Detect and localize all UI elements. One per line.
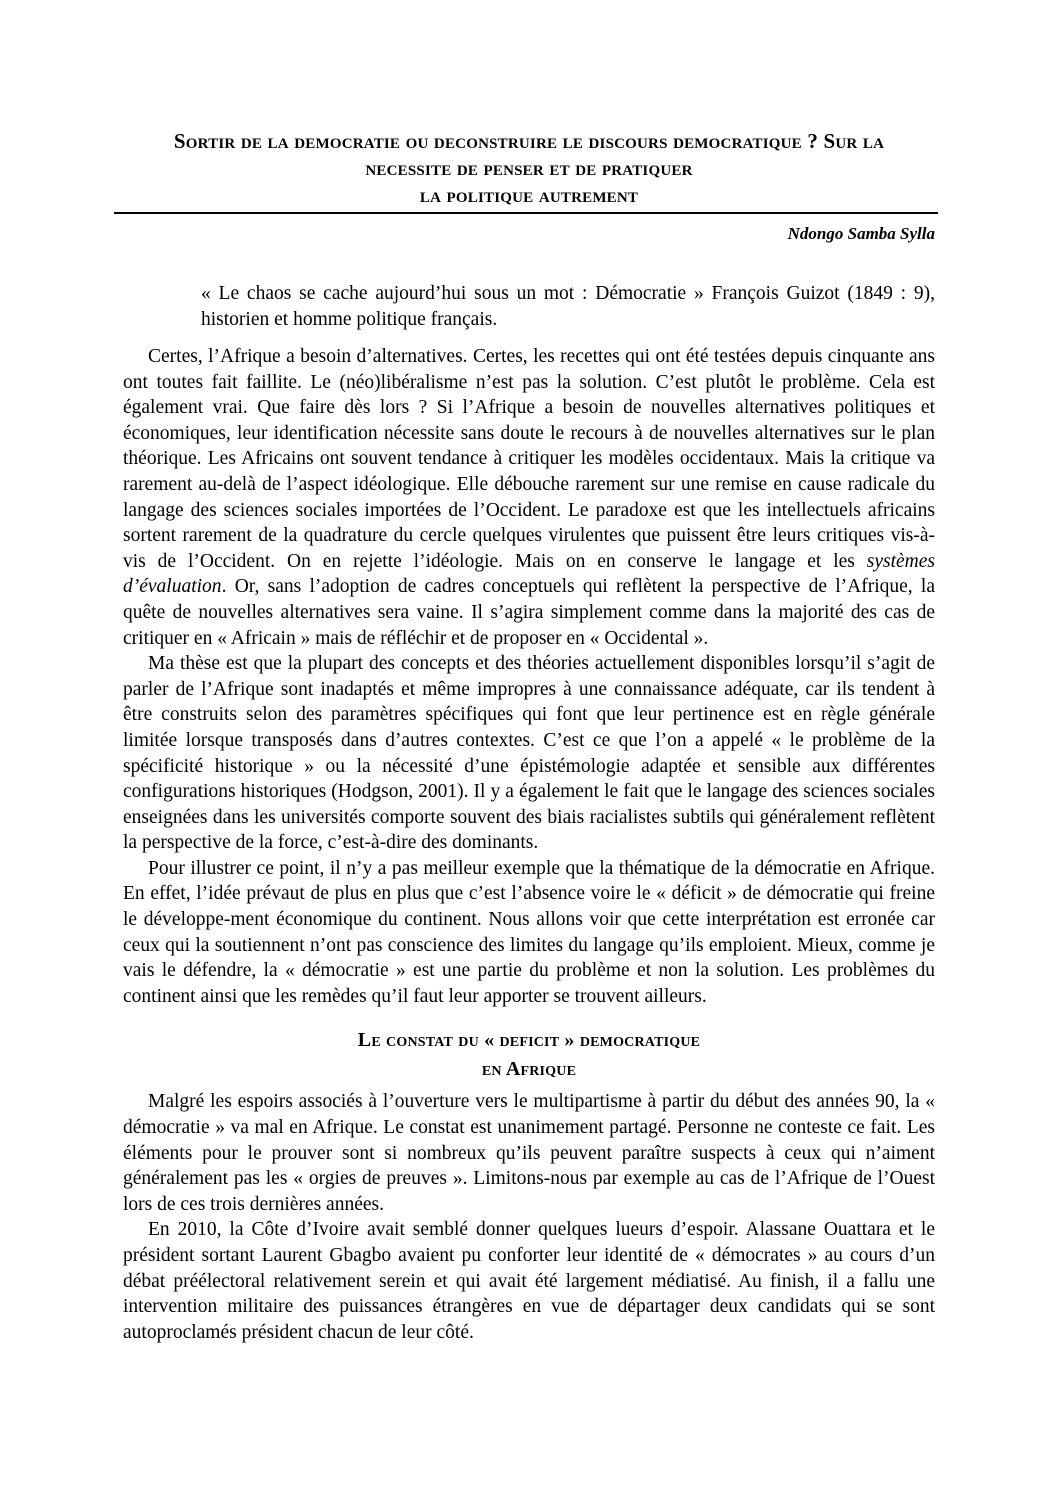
title-divider-rule <box>114 212 938 214</box>
paragraph-2: Ma thèse est que la plupart des concepts… <box>123 651 935 856</box>
paragraph-4: Malgré les espoirs associés à l’ouvertur… <box>123 1089 935 1217</box>
paper-title-line-1: Sortir de la democratie ou deconstruire … <box>123 128 935 155</box>
paper-title: Sortir de la democratie ou deconstruire … <box>123 128 935 209</box>
epigraph-quote: « Le chaos se cache aujourd’hui sous un … <box>201 281 935 333</box>
paragraph-1: Certes, l’Afrique a besoin d’alternative… <box>123 344 935 651</box>
paragraph-3: Pour illustrer ce point, il n’y a pas me… <box>123 856 935 1010</box>
section-heading-line-2: en Afrique <box>123 1055 935 1084</box>
document-page: Sortir de la democratie ou deconstruire … <box>0 0 1058 1497</box>
paper-title-line-3: la politique autrement <box>123 182 935 209</box>
paragraph-5: En 2010, la Côte d’Ivoire avait semblé d… <box>123 1217 935 1345</box>
paper-title-line-2: necessite de penser et de pratiquer <box>123 155 935 182</box>
text-column: Sortir de la democratie ou deconstruire … <box>123 0 935 1345</box>
body-text: Certes, l’Afrique a besoin d’alternative… <box>123 344 935 1345</box>
section-heading: Le constat du « deficit » democratique e… <box>123 1026 935 1084</box>
author-name: Ndongo Samba Sylla <box>123 223 935 244</box>
section-heading-line-1: Le constat du « deficit » democratique <box>123 1026 935 1055</box>
